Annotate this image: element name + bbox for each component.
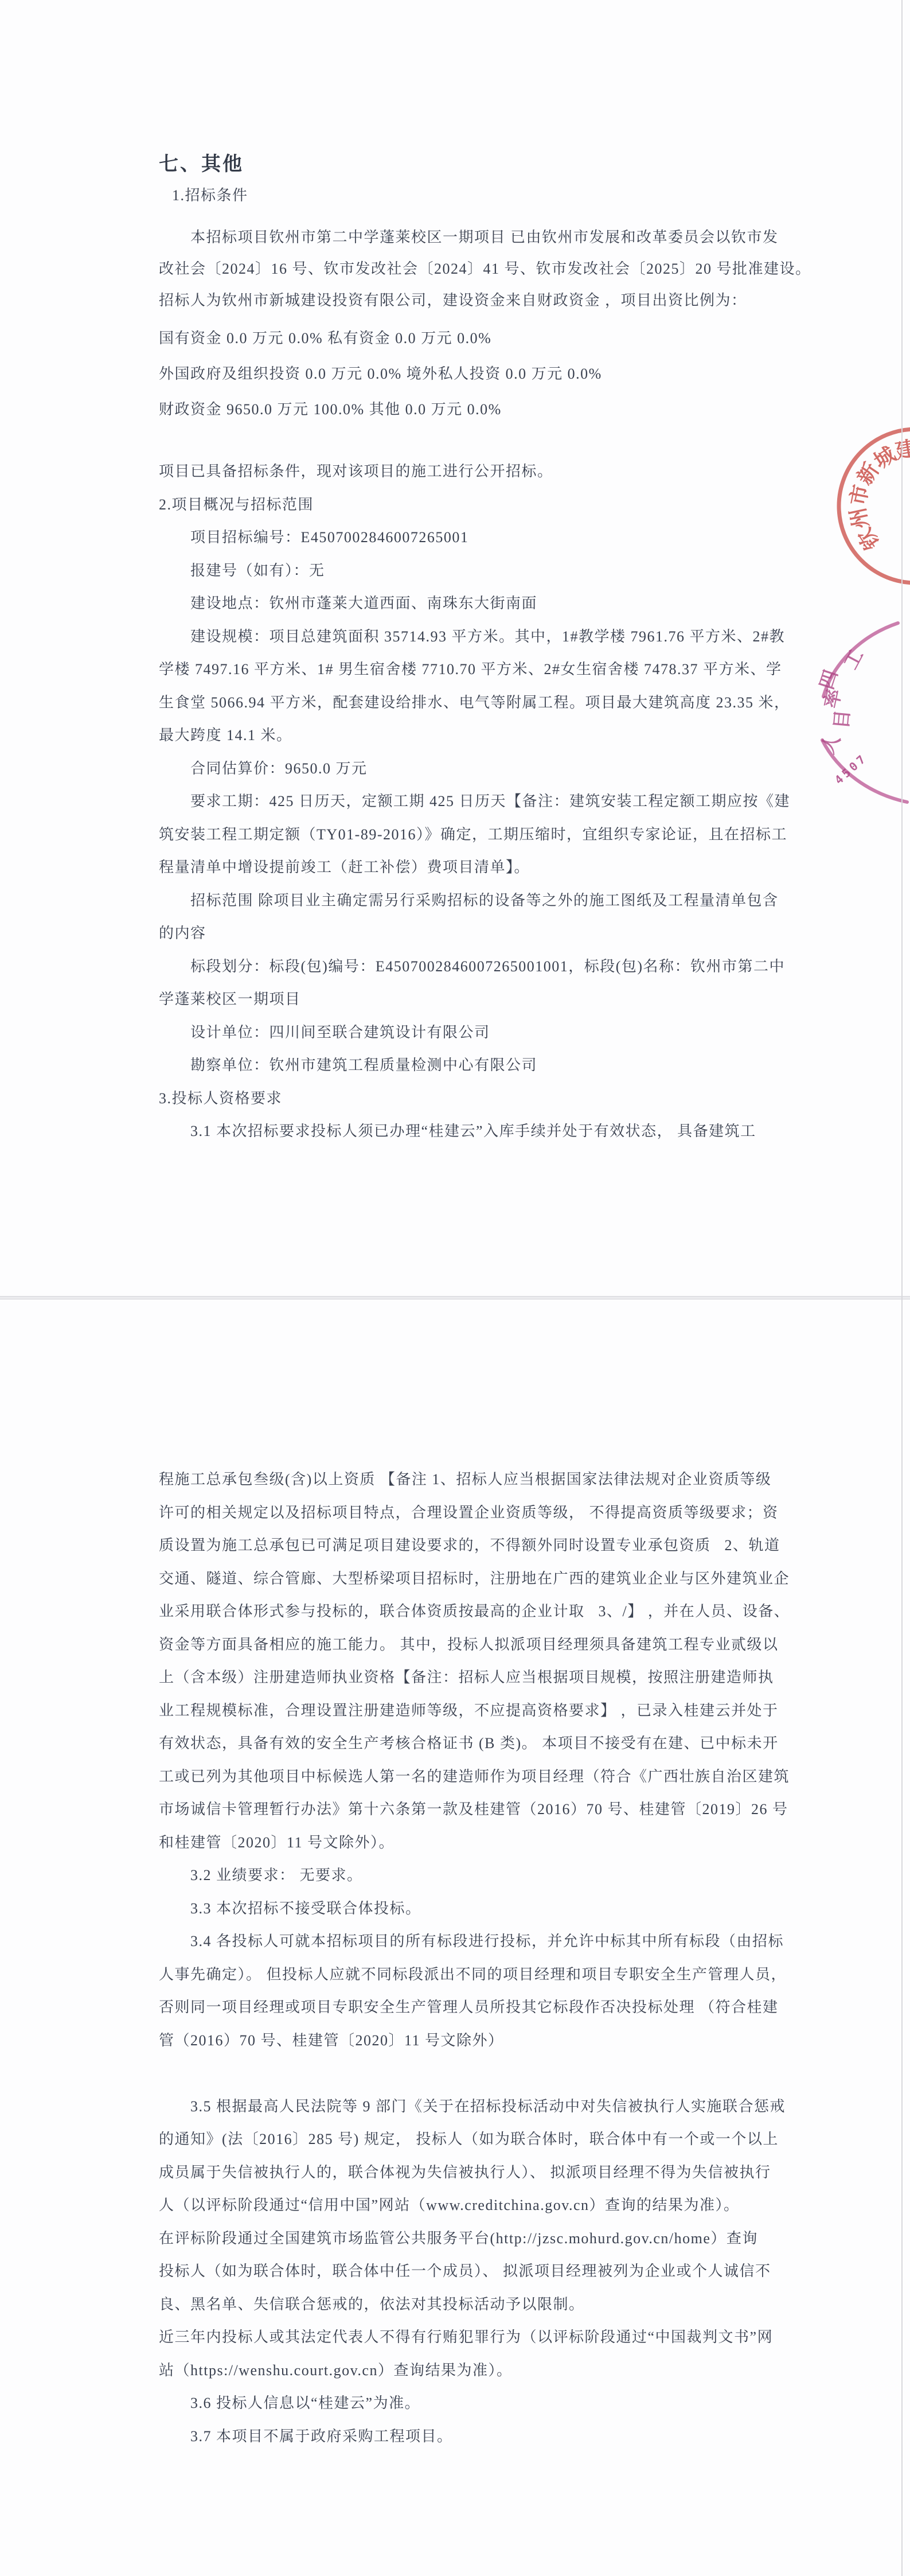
registration-seal-character: 四 [818,668,842,692]
text-line: 许可的相关规定以及招标项目特点，合理设置企业资质等级， 不得提高资质等级要求；资 [159,1496,758,1530]
text-line: 国有资金 0.0 万元 0.0% 私有资金 0.0 万元 0.0% [159,321,758,356]
text-line: 成员属于失信被执行人的，联合体视为失信被执行人）、 拟派项目经理不得为失信被执行 [159,2156,758,2189]
text-line: 勘察单位：钦州市建筑工程质量检测中心有限公司 [159,1049,758,1082]
funding-ratio-lines: 国有资金 0.0 万元 0.0% 私有资金 0.0 万元 0.0%外国政府及组织… [159,321,758,427]
text-line: 3.1 本次招标要求投标人须已办理“桂建云”入库手续并处于有效状态， 具备建筑工 [159,1115,758,1148]
text-line: 管（2016）70 号、桂建管〔2020〕11 号文除外） [159,2024,758,2057]
page-2-body: 程施工总承包叁级(含)以上资质 【备注 1、招标人应当根据国家法律法规对企业资质… [159,1463,758,2453]
text-line: 业采用联合体形式参与投标的，联合体资质按最高的企业计取 3、/】 ，并在人员、设… [159,1595,758,1628]
text-line: 的内容 [159,917,758,950]
page-1-body: 项目已具备招标条件，现对该项目的施工进行公开招标。2.项目概况与招标范围 项目招… [159,455,758,1148]
document-title: 七、其他 [159,151,758,178]
registration-seal-arc-top [823,623,898,696]
text-line: 要求工期：425 日历天，定额工期 425 日历天【备注：建筑安装工程定额工期应… [159,785,758,818]
scan-edge-line [901,0,903,2576]
text-line: 外国政府及组织投资 0.0 万元 0.0% 境外私人投资 0.0 万元 0.0% [159,356,758,392]
page-2-text-column: 程施工总承包叁级(含)以上资质 【备注 1、招标人应当根据国家法律法规对企业资质… [159,1299,758,2453]
company-seal-character: 州 [847,506,872,531]
page-2: 程施工总承包叁级(含)以上资质 【备注 1、招标人应当根据国家法律法规对企业资质… [0,1299,910,2576]
registration-seal-arc-bottom [822,740,907,802]
text-line: 有效状态，具备有效的安全生产考核合格证书 (B 类)。 本项目不接受有在建、已中… [159,1727,758,1760]
registration-seal-character: 工 [842,647,868,673]
section-heading-bid-conditions: 1.招标条件 [159,184,758,208]
text-line: 程量清单中增设提前竣工（赶工补偿）费项目清单】。 [159,851,758,884]
text-line: 最大跨度 14.1 米。 [159,719,758,752]
company-seal-character: 城 [870,443,899,472]
text-line: 3.6 投标人信息以“桂建云”为准。 [159,2387,758,2420]
text-line: 建设规模：项目总建筑面积 35714.93 平方米。其中，1#教学楼 7961.… [159,620,758,653]
text-line: 学楼 7497.16 平方米、1# 男生宿舍楼 7710.70 平方米、2#女生… [159,653,758,686]
text-line: 投标人（如为联合体时，联合体中任一个成员）、 拟派项目经理被列为企业或个人诚信不 [159,2255,758,2288]
text-line: 筑安装工程工期定额（TY01-89-2016）》确定，工期压缩时，宜组织专家论证… [159,818,758,851]
text-line: 程施工总承包叁级(含)以上资质 【备注 1、招标人应当根据国家法律法规对企业资质… [159,1463,758,1496]
company-seal-character: 钦 [854,524,883,553]
text-line: 站（https://wenshu.court.gov.cn）查询结果为准）。 [159,2354,758,2387]
text-line: 质设置为施工总承包已可满足项目建设要求的，不得额外同时设置专业承包资质 2、轨道 [159,1529,758,1562]
company-seal-character: 市 [847,483,872,507]
text-line: 人事先确定）。 但投标人应就不同标段派出不同的项目经理和项目专职安全生产管理人员… [159,1958,758,1991]
company-seal-ring [839,429,910,583]
text-line: 招标范围 除项目业主确定需另行采购招标的设备等之外的施工图纸及工程量清单包含 [159,884,758,917]
text-line [159,2057,758,2090]
text-line: 2.项目概况与招标范围 [159,488,758,522]
text-line: 人（以评标阶段通过“信用中国”网站（www.creditchina.gov.cn… [159,2189,758,2222]
text-line: 3.5 根据最高人民法院等 9 部门《关于在招标投标活动中对失信被执行人实施联合… [159,2090,758,2123]
text-line: 良、黑名单、失信联合惩戒的，依法对其投标活动予以限制。 [159,2288,758,2321]
text-line: 建设地点：钦州市蓬莱大道西面、南珠东大街南面 [159,587,758,620]
registration-seal-character: 人 [819,731,844,757]
text-line: 工或已列为其他项目中标候选人第一名的建造师作为项目经理（符合《广西壮族自治区建筑 [159,1760,758,1793]
text-line: 和桂建管〔2020〕11 号文除外）。 [159,1826,758,1859]
text-line: 业工程规模标准，合理设置注册建造师等级，不应提高资格要求】 ，已录入桂建云并处于 [159,1694,758,1727]
text-line: 的通知》(法〔2016〕285 号) 规定， 投标人（如为联合体时，联合体中有一… [159,2123,758,2156]
text-line: 报建号（如有）：无 [159,554,758,587]
company-seal-character: 新 [854,460,882,488]
registration-seal-digits: 4507 [832,750,870,787]
text-line: 上（含本级）注册建造师执业资格【备注：招标人应当根据项目规模，按照注册建造师执 [159,1661,758,1694]
text-line: 设计单位：四川间至联合建筑设计有限公司 [159,1016,758,1049]
text-line: 学蓬莱校区一期项目 [159,983,758,1016]
text-line: 本招标项目钦州市第二中学蓬莱校区一期项目 已由钦州市发展和改革委员会以钦市发 [159,221,758,253]
intro-paragraph: 本招标项目钦州市第二中学蓬莱校区一期项目 已由钦州市发展和改革委员会以钦市发改社… [159,221,758,316]
text-line: 合同估算价：9650.0 万元 [159,752,758,785]
text-line: 3.2 业绩要求： 无要求。 [159,1859,758,1892]
text-line: 在评标阶段通过全国建筑市场监管公共服务平台(http://jzsc.mohurd… [159,2222,758,2255]
text-line: 3.4 各投标人可就本招标项目的所有标段进行投标，并允许中标其中所有标段（由招标 [159,1925,758,1958]
text-line: 3.3 本次招标不接受联合体投标。 [159,1892,758,1925]
page-1-text-column: 七、其他 1.招标条件 本招标项目钦州市第二中学蓬莱校区一期项目 已由钦州市发展… [159,0,758,1148]
registration-seal-character: 目 [833,709,853,730]
registration-seal-character: 率 [822,687,845,710]
text-line: 财政资金 9650.0 万元 100.0% 其他 0.0 万元 0.0% [159,392,758,427]
text-line: 近三年内投标人或其法定代表人不得有行贿犯罪行为（以评标阶段通过“中国裁判文书”网 [159,2321,758,2354]
scanned-document: 七、其他 1.招标条件 本招标项目钦州市第二中学蓬莱校区一期项目 已由钦州市发展… [0,0,910,2576]
text-line: 改社会〔2024〕16 号、钦市发改社会〔2024〕41 号、钦市发改社会〔20… [159,253,758,285]
text-line: 交通、隧道、综合管廊、大型桥梁项目招标时，注册地在广西的建筑业企业与区外建筑业企 [159,1562,758,1596]
text-line: 3.投标人资格要求 [159,1082,758,1115]
text-line: 标段划分：标段(包)编号：E4507002846007265001001，标段(… [159,950,758,983]
text-line: 市场诚信卡管理暂行办法》第十六条第一款及桂建管（2016）70 号、桂建管〔20… [159,1793,758,1826]
text-line: 资金等方面具备相应的施工能力。 其中，投标人拟派项目经理须具备建筑工程专业贰级以 [159,1628,758,1661]
text-line: 项目已具备招标条件，现对该项目的施工进行公开招标。 [159,455,758,488]
text-line: 生食堂 5066.94 平方米，配套建设给排水、电气等附属工程。项目最大建筑高度… [159,686,758,719]
text-line: 项目招标编号：E4507002846007265001 [159,521,758,554]
text-line: 3.7 本项目不属于政府采购工程项目。 [159,2420,758,2453]
page-1: 七、其他 1.招标条件 本招标项目钦州市第二中学蓬莱校区一期项目 已由钦州市发展… [0,0,910,1296]
text-line: 否则同一项目经理或项目专职安全生产管理人员所投其它标段作否决投标处理 （符合桂建 [159,1991,758,2024]
text-line: 招标人为钦州市新城建设投资有限公司，建设资金来自财政资金 ，项目出资比例为： [159,285,758,316]
